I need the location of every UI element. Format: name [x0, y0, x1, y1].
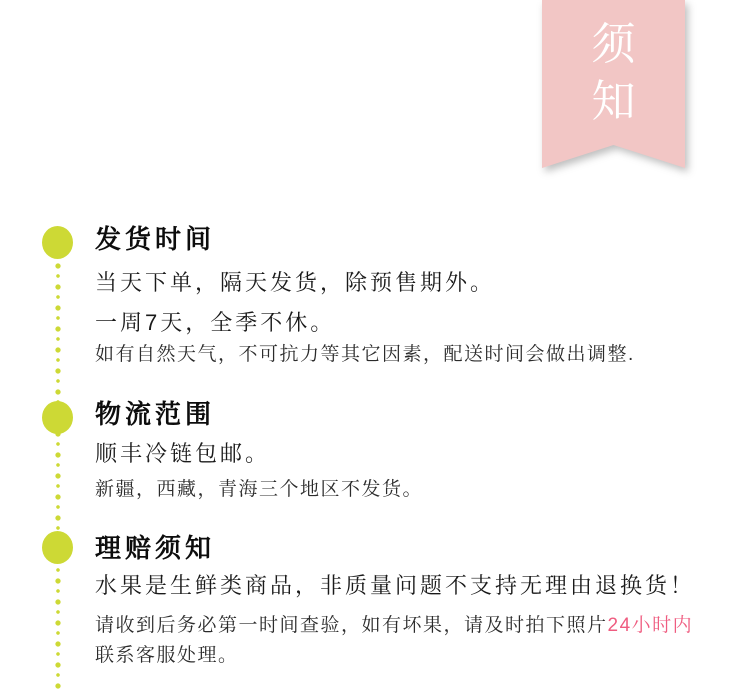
section-line: 新疆，西藏，青海三个地区不发货。 [95, 477, 735, 503]
bullet-dot [42, 401, 73, 434]
section-shipping-time: 发货时间 当天下单，隔天发货，除预售期外。 一周7天，全季不休。 如有自然天气，… [95, 222, 735, 368]
section-line-text: 请收到后务必第一时间查验，如有坏果，请及时拍下照片 [95, 615, 608, 636]
section-title: 理赔须知 [95, 531, 735, 565]
notice-ribbon-shape: 须 知 [542, 0, 685, 172]
notice-page: 须 知 发货时间 当天下单，隔天发货，除预售期外。 一周7天，全季不休。 如有自… [0, 0, 750, 691]
section-line: 当天下单，隔天发货，除预售期外。 [95, 268, 735, 298]
highlight-text: 24小时内 [608, 615, 694, 636]
ribbon-label-char: 知 [592, 73, 636, 130]
section-line: 联系客服处理。 [95, 643, 735, 669]
section-title: 发货时间 [95, 222, 735, 256]
section-line: 如有自然天气，不可抗力等其它因素，配送时间会做出调整. [95, 342, 735, 368]
section-line: 顺丰冷链包邮。 [95, 439, 735, 469]
dotted-line [54, 262, 62, 691]
bullet-dot [42, 531, 73, 564]
section-claims-notice: 理赔须知 水果是生鲜类商品，非质量问题不支持无理由退换货！ 请收到后务必第一时间… [95, 531, 735, 669]
section-line: 一周7天，全季不休。 [95, 308, 735, 338]
ribbon-label-char: 须 [592, 16, 636, 73]
section-line: 水果是生鲜类商品，非质量问题不支持无理由退换货！ [95, 571, 735, 601]
bullet-dot [42, 226, 73, 259]
section-line: 请收到后务必第一时间查验，如有坏果，请及时拍下照片24小时内 [95, 613, 735, 639]
section-title: 物流范围 [95, 397, 735, 431]
section-logistics-range: 物流范围 顺丰冷链包邮。 新疆，西藏，青海三个地区不发货。 [95, 397, 735, 503]
notice-ribbon: 须 知 [542, 0, 685, 172]
